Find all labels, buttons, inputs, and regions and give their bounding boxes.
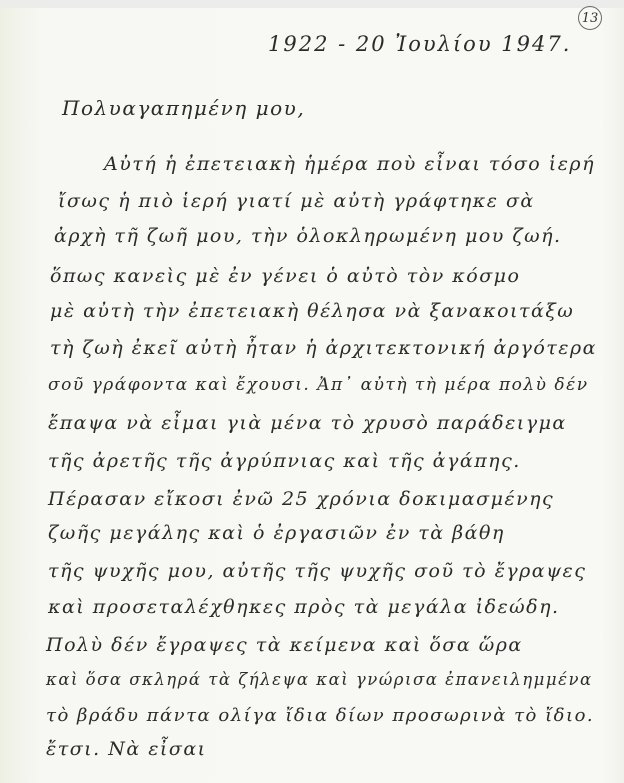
body-line: καὶ ὅσα σκληρά τὰ ζήλεψα καὶ γνώρισα ἐπα… [46,670,593,689]
page-number-badge: 13 [578,6,602,30]
body-line: τὸ βράδυ πάντα ολίγα ἴδια δίων προσωρινὰ… [46,705,594,726]
body-line: τῆς ψυχῆς μου, αὐτῆς τῆς ψυχῆς σοῦ τὸ ἔγ… [48,560,586,582]
date-line: 1922 - 20 Ἰουλίου 1947. [268,32,571,56]
body-line: τῆς ἀρετῆς τῆς ἀγρύπνιας καὶ τῆς ἀγάπης. [48,450,521,472]
salutation: Πολυαγαπημένη μου, [62,96,305,120]
body-line: ἴσως ἡ πιὸ ἱερή γιατί μὲ αὐτὴ γράφτηκε σ… [58,190,535,212]
scan-edge [0,0,624,8]
body-line: ἀρχὴ τῆ ζωῆ μου, τὴν ὁλοκληρωμένη μου ζω… [54,225,562,247]
body-line: καὶ προσεταλέχθηκες πρὸς τὰ μεγάλα ἰδεώδ… [48,596,560,618]
body-line: τὴ ζωὴ ἐκεῖ αὐτὴ ἦταν ἡ ἀρχιτεκτονική ἀρ… [50,337,597,359]
body-line: Πέρασαν εἴκοσι ἐνῶ 25 χρόνια δοκιμασμένη… [48,488,554,510]
body-line: Πολὺ δέν ἔγραψες τὰ κείμενα καὶ ὅσα ὥρα [46,634,523,656]
body-line: ἔτσι. Νὰ εἶσαι [46,738,207,760]
body-line: Αὐτή ἡ ἐπετειακὴ ἡμέρα ποὺ εἶναι τόσο ἱε… [104,153,595,175]
letter-page: 13 1922 - 20 Ἰουλίου 1947. Πολυαγαπημένη… [0,0,624,783]
body-line: σοῦ γράφοντα καὶ ἔχουσι. Ἀπ᾽ αὐτὴ τὴ μέρ… [48,375,589,395]
body-line: μὲ αὐτὴ τὴν ἐπετειακὴ θέλησα νὰ ξανακοιτ… [50,300,574,322]
body-line: ἔπαψα νὰ εἶμαι γιὰ μένα τὸ χρυσὸ παράδει… [48,412,567,434]
body-line: ζωῆς μεγάλης καὶ ὁ ἐργασιῶν ἐν τὰ βάθη [48,522,505,544]
body-line: ὅπως κανεὶς μὲ ἐν γένει ὁ αὐτὸ τὸν κόσμο [50,265,520,287]
